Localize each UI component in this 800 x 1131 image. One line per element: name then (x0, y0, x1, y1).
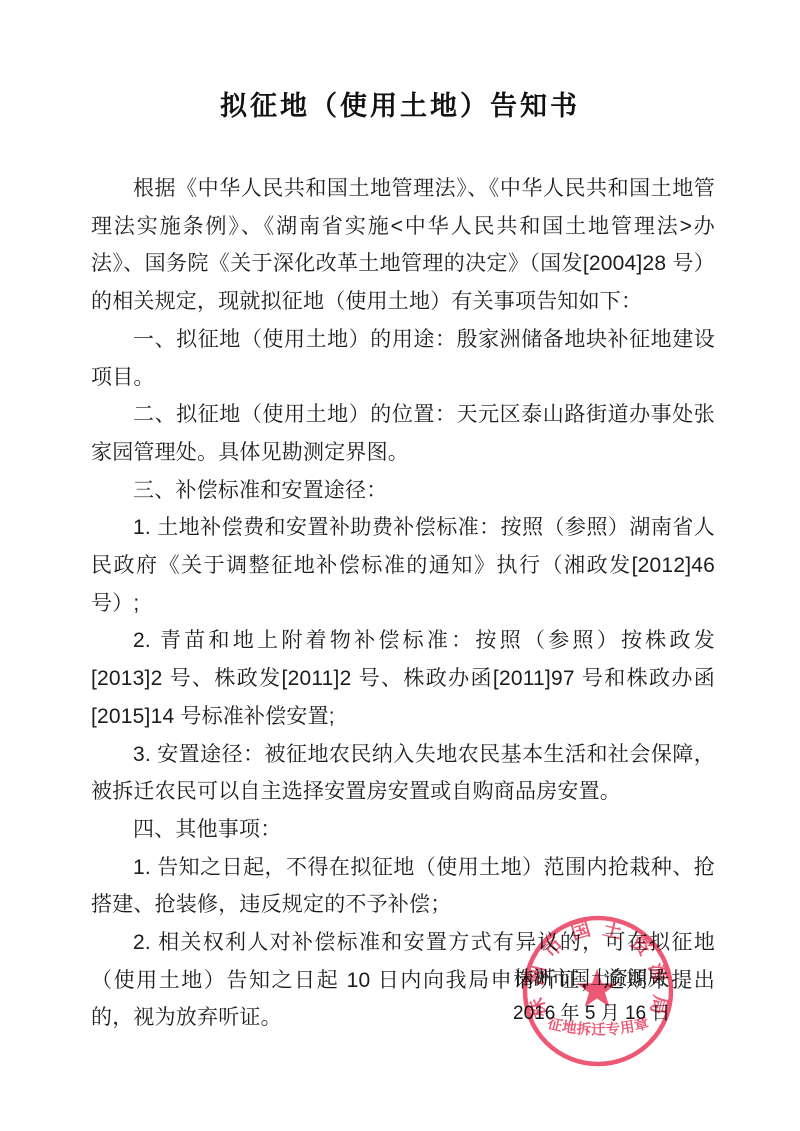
seal-bottom-text: 征地拆迁专用章 (546, 1014, 651, 1039)
paragraph-item-3-3: 3. 安置途径：被征地农民纳入失地农民基本生活和社会保障，被拆迁农民可以自主选择… (91, 736, 715, 811)
paragraph-item-3-heading: 三、补偿标准和安置途径： (91, 472, 715, 510)
seal-star-icon (577, 969, 617, 1007)
paragraph-item-3-1: 1. 土地补偿费和安置补助费补偿标准：按照（参照）湖南省人民政府《关于调整征地补… (91, 509, 715, 622)
seal-arc-text: 株洲市国土资源局 (524, 917, 671, 1020)
paragraph-item-1-purpose: 一、拟征地（使用土地）的用途：殷家洲储备地块补征地建设项目。 (91, 321, 715, 396)
official-seal-stamp: 株洲市国土资源局 征地拆迁专用章 (503, 896, 693, 1086)
paragraph-intro: 根据《中华人民共和国土地管理法》、《中华人民共和国土地管理法实施条例》、《湖南省… (91, 170, 715, 321)
paragraph-item-4-heading: 四、其他事项： (91, 811, 715, 849)
paragraph-item-2-location: 二、拟征地（使用土地）的位置：天元区泰山路街道办事处张家园管理处。具体见勘测定界… (91, 396, 715, 471)
page-title: 拟征地（使用土地）告知书 (0, 86, 800, 126)
paragraph-item-3-2: 2. 青苗和地上附着物补偿标准：按照（参照）按株政发[2013]2 号、株政发[… (91, 622, 715, 735)
document-page: 拟征地（使用土地）告知书 根据《中华人民共和国土地管理法》、《中华人民共和国土地… (0, 0, 800, 1131)
